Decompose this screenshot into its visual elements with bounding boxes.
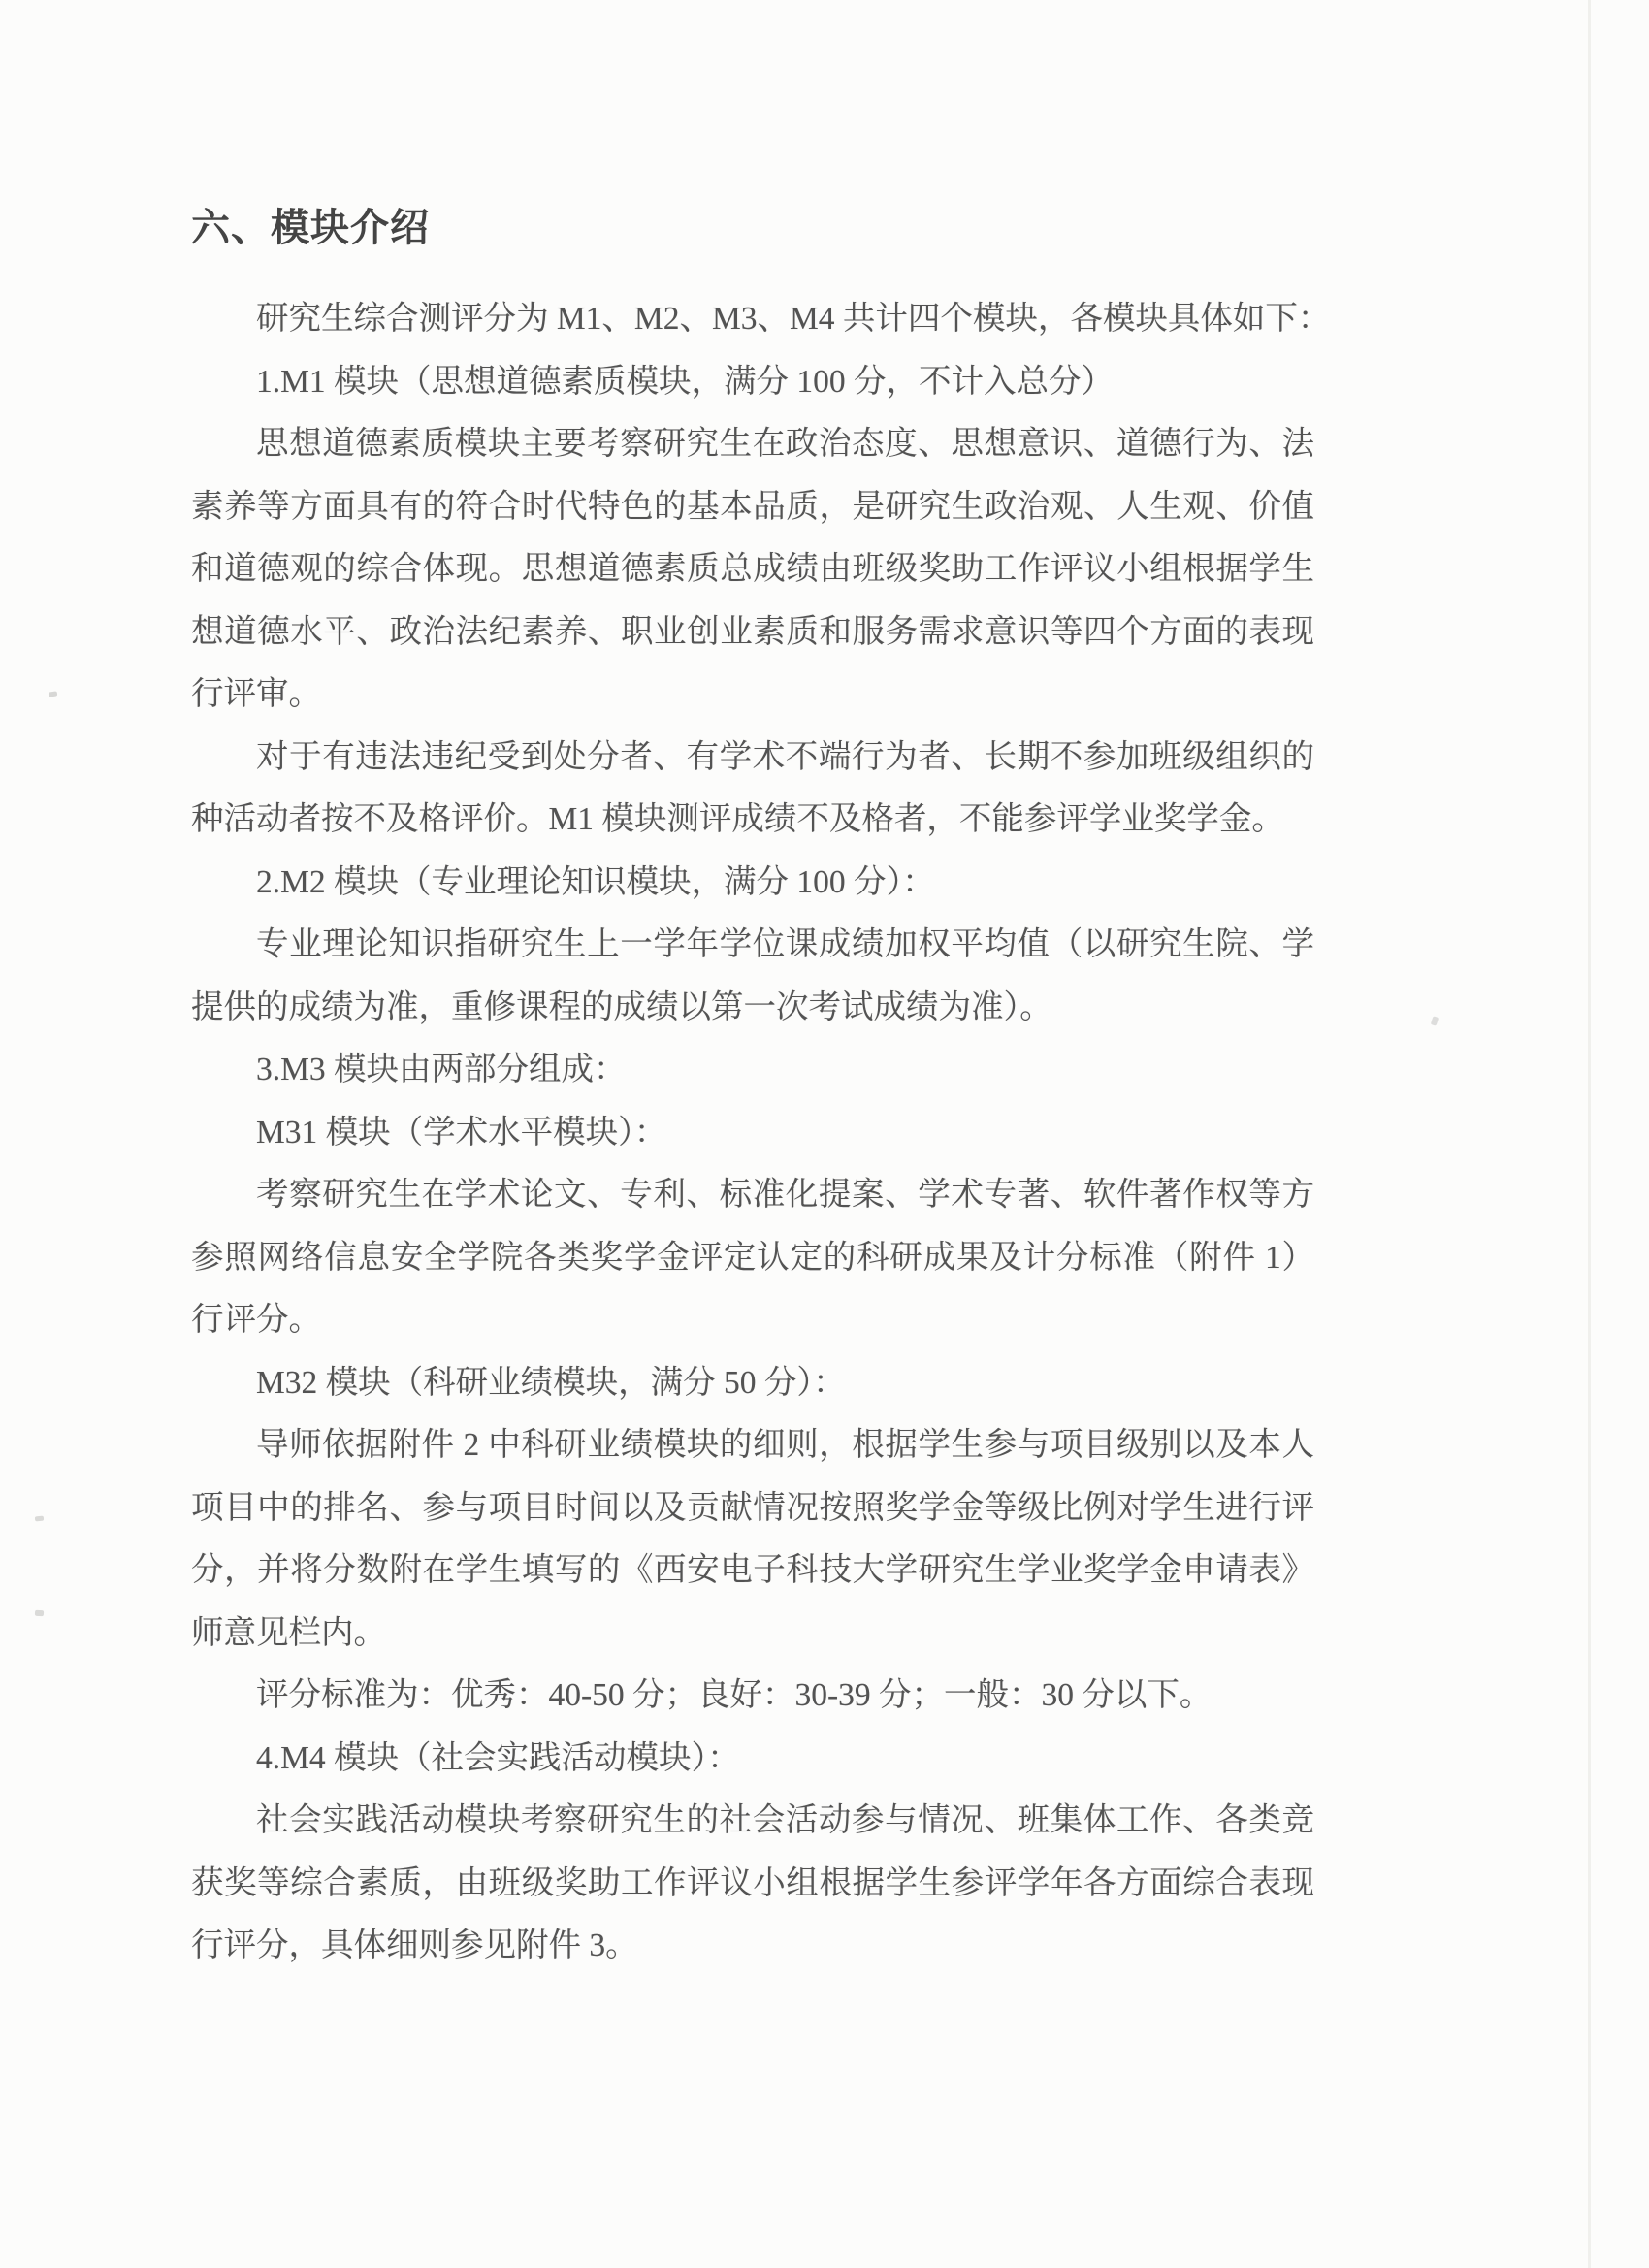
text-line: 2.M2 模块（专业理论知识模块，满分 100 分）： <box>191 852 1314 915</box>
text-line: 师意见栏内。 <box>191 1603 1314 1666</box>
text-line: 思想道德素质模块主要考察研究生在政治态度、思想意识、道德行为、法纪 <box>191 413 1314 476</box>
text-line: 行评分，具体细则参见附件 3。 <box>191 1915 1314 1978</box>
text-line: 和道德观的综合体现。思想道德素质总成绩由班级奖助工作评议小组根据学生思 <box>191 538 1314 601</box>
scan-speck <box>48 691 58 697</box>
text-line: 获奖等综合素质，由班级奖助工作评议小组根据学生参评学年各方面综合表现进 <box>191 1853 1314 1916</box>
text-line: 分，并将分数附在学生填写的《西安电子科技大学研究生学业奖学金申请表》 导 <box>191 1539 1314 1603</box>
text-line: 想道德水平、政治法纪素养、职业创业素质和服务需求意识等四个方面的表现进 <box>191 601 1314 664</box>
text-line: 项目中的排名、参与项目时间以及贡献情况按照奖学金等级比例对学生进行评 <box>191 1477 1314 1540</box>
text-line: 提供的成绩为准，重修课程的成绩以第一次考试成绩为准）。 <box>191 977 1314 1040</box>
text-line: 导师依据附件 2 中科研业绩模块的细则，根据学生参与项目级别以及本人在 <box>191 1414 1314 1477</box>
scan-speck <box>35 1516 44 1522</box>
text-line: 行评分。 <box>191 1289 1314 1352</box>
document-body: 研究生综合测评分为 M1、M2、M3、M4 共计四个模块，各模块具体如下： 1.… <box>191 288 1314 1978</box>
document-page: 六、模块介绍 研究生综合测评分为 M1、M2、M3、M4 共计四个模块，各模块具… <box>0 0 1649 2268</box>
text-line: 评分标准为：优秀：40-50 分；良好：30-39 分；一般：30 分以下。 <box>191 1665 1314 1728</box>
text-line: 3.M3 模块由两部分组成： <box>191 1039 1314 1102</box>
text-line: 4.M4 模块（社会实践活动模块）： <box>191 1728 1314 1791</box>
text-line: M31 模块（学术水平模块）： <box>191 1102 1314 1165</box>
text-line: M32 模块（科研业绩模块，满分 50 分）： <box>191 1352 1314 1415</box>
scan-speck <box>35 1610 44 1617</box>
text-line: 研究生综合测评分为 M1、M2、M3、M4 共计四个模块，各模块具体如下： <box>191 288 1314 351</box>
text-line: 行评审。 <box>191 664 1314 727</box>
section-heading: 六、模块介绍 <box>191 206 430 250</box>
text-line: 社会实践活动模块考察研究生的社会活动参与情况、班集体工作、各类竞赛 <box>191 1790 1314 1853</box>
text-line: 素养等方面具有的符合时代特色的基本品质，是研究生政治观、人生观、价值观 <box>191 476 1314 539</box>
scan-edge-streak <box>1588 0 1591 2268</box>
text-line: 对于有违法违纪受到处分者、有学术不端行为者、长期不参加班级组织的各 <box>191 727 1314 790</box>
text-line: 种活动者按不及格评价。M1 模块测评成绩不及格者，不能参评学业奖学金。 <box>191 789 1314 852</box>
text-line: 专业理论知识指研究生上一学年学位课成绩加权平均值（以研究生院、学院 <box>191 914 1314 977</box>
text-line: 参照网络信息安全学院各类奖学金评定认定的科研成果及计分标准（附件 1）进 <box>191 1227 1314 1290</box>
scan-speck <box>1431 1016 1439 1025</box>
text-line: 1.M1 模块（思想道德素质模块，满分 100 分，不计入总分） <box>191 351 1314 414</box>
text-line: 考察研究生在学术论文、专利、标准化提案、学术专著、软件著作权等方面， <box>191 1164 1314 1227</box>
